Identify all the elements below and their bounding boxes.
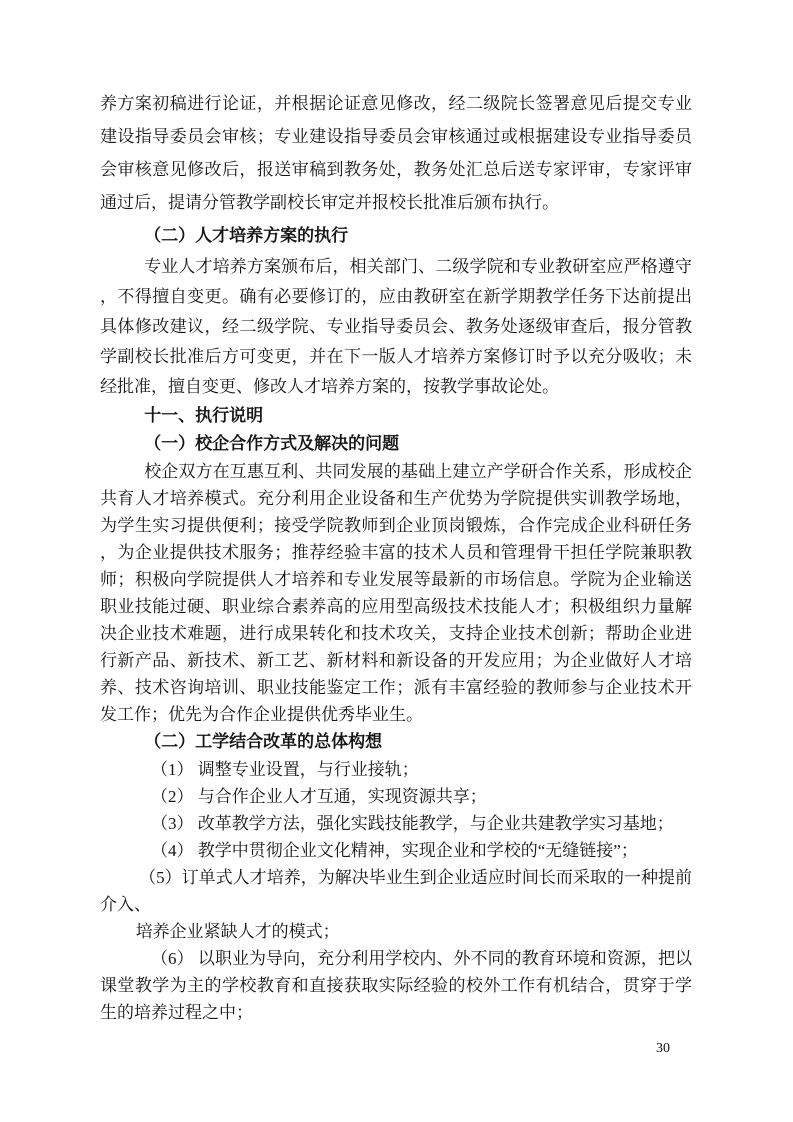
page-number: 30 [656, 1041, 670, 1057]
body-paragraph: 养方案初稿进行论证，并根据论证意见修改，经二级院长签署意见后提交专业建设指导委员… [100, 87, 692, 219]
text-block: 养方案初稿进行论证，并根据论证意见修改，经二级院长签署意见后提交专业建设指导委员… [100, 87, 692, 1026]
section-heading: 十一、执行说明 [100, 402, 692, 430]
list-item: （2） 与合作企业人才互通，实现资源共享； [100, 783, 692, 810]
list-item: （3） 改革教学方法，强化实践技能教学，与企业共建教学实习基地； [100, 810, 692, 837]
section-heading: （二）工学结合改革的总体构想 [100, 728, 692, 756]
list-item: （5）订单式人才培养，为解决毕业生到企业适应时间长而采取的一种提前介入、 [100, 864, 692, 918]
document-page: 养方案初稿进行论证，并根据论证意见修改，经二级院长签署意见后提交专业建设指导委员… [0, 0, 793, 1122]
list-item: （4） 教学中贯彻企业文化精神，实现企业和学校的“无缝链接”； [100, 837, 692, 864]
list-item: （6） 以职业为导向，充分利用学校内、外不同的教育环境和资源，把以课堂教学为主的… [100, 945, 692, 1026]
list-item-continuation: 培养企业紧缺人才的模式； [100, 918, 692, 945]
list-item: （1） 调整专业设置，与行业接轨； [100, 756, 692, 783]
section-heading: （二）人才培养方案的执行 [100, 219, 692, 252]
body-paragraph: 校企双方在互惠互利、共同发展的基础上建立产学研合作关系，形成校企共育人才培养模式… [100, 458, 692, 728]
section-heading: （一）校企合作方式及解决的问题 [100, 430, 692, 458]
body-paragraph: 专业人才培养方案颁布后，相关部门、二级学院和专业教研室应严格遵守，不得擅自变更。… [100, 252, 692, 402]
